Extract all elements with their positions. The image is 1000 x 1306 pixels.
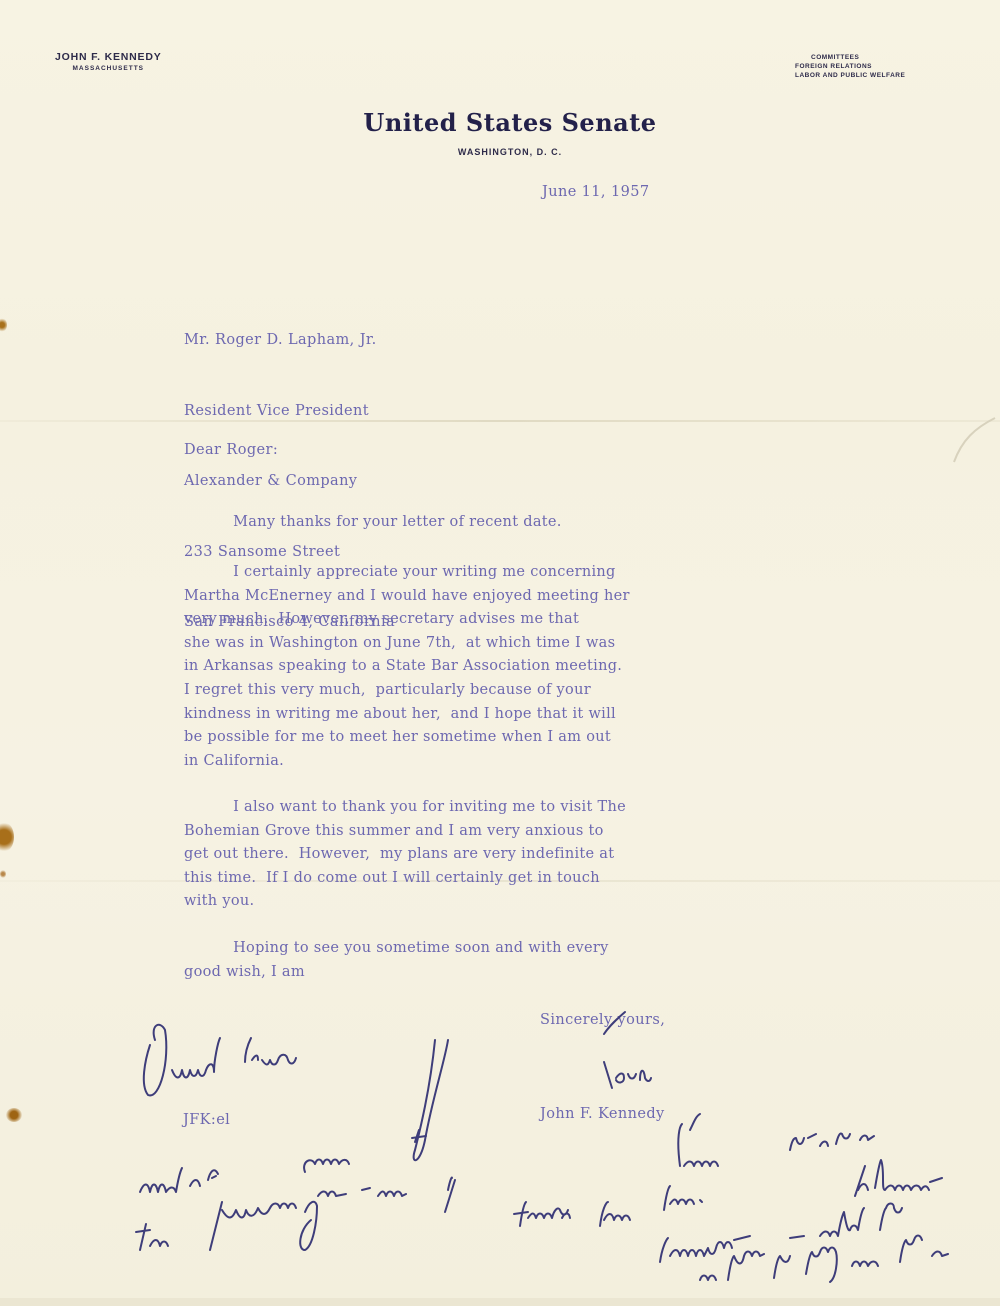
paper-fold-line xyxy=(0,420,1000,422)
institution-city: WASHINGTON, D. C. xyxy=(300,147,720,157)
sender-state: MASSACHUSETTS xyxy=(55,65,162,72)
committee-item: FOREIGN RELATIONS xyxy=(795,62,905,71)
rust-stain xyxy=(0,318,7,332)
rust-stain xyxy=(0,870,6,878)
paper-bottom-edge xyxy=(0,1298,1000,1306)
committees-heading: COMMITTEES xyxy=(795,53,905,62)
paper-crease xyxy=(940,410,1000,470)
letterhead-sender: JOHN F. KENNEDY MASSACHUSETTS xyxy=(55,51,162,72)
salutation: Dear Roger: xyxy=(184,442,278,458)
letter-page: JOHN F. KENNEDY MASSACHUSETTS COMMITTEES… xyxy=(0,0,1000,1306)
closing: Sincerely yours, xyxy=(540,1012,665,1028)
body-paragraph: Hoping to see you sometime soon and with… xyxy=(184,937,609,984)
body-paragraph: I certainly appreciate your writing me c… xyxy=(184,561,630,773)
sender-name: JOHN F. KENNEDY xyxy=(55,51,162,63)
letter-date: June 11, 1957 xyxy=(542,184,649,200)
rust-stain xyxy=(6,1108,22,1122)
reference-initials: JFK:el xyxy=(183,1112,230,1128)
signature-stroke xyxy=(604,1062,612,1088)
recipient-line: Resident Vice President xyxy=(184,400,395,424)
rust-stain xyxy=(0,822,14,852)
recipient-line: Mr. Roger D. Lapham, Jr. xyxy=(184,329,395,353)
committee-item: LABOR AND PUBLIC WELFARE xyxy=(795,71,905,80)
signer-name: John F. Kennedy xyxy=(540,1106,665,1122)
body-paragraph: Many thanks for your letter of recent da… xyxy=(184,511,562,535)
institution-title: United States Senate xyxy=(300,108,720,137)
letterhead-committees: COMMITTEES FOREIGN RELATIONS LABOR AND P… xyxy=(795,53,905,80)
body-paragraph: I also want to thank you for inviting me… xyxy=(184,796,626,914)
recipient-line: Alexander & Company xyxy=(184,470,395,494)
